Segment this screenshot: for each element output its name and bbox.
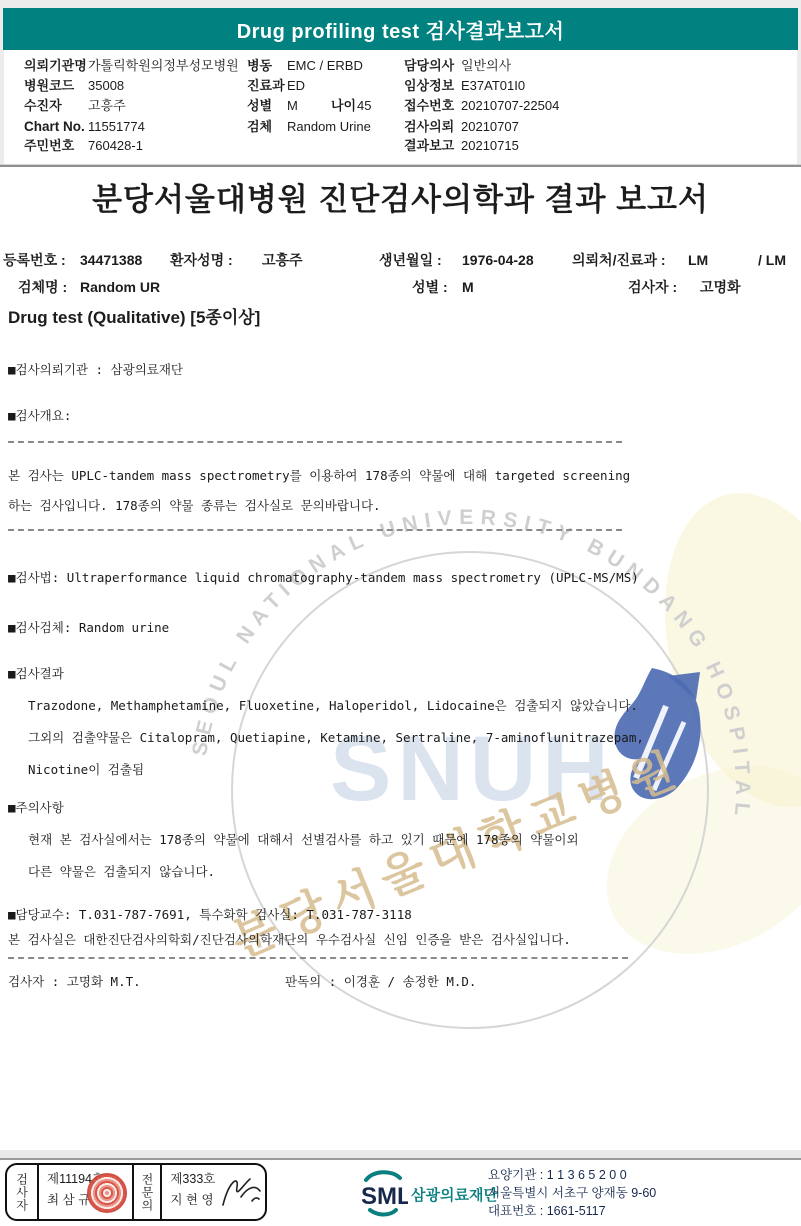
report-banner: Drug profiling test 검사결과보고서 [3,8,798,50]
field-label: 나이 [331,96,356,115]
field-value: 11551774 [88,117,145,136]
drug-profiling-report-page: SEOUL NATIONAL UNIVERSITY BUNDANG HOSPIT… [0,0,801,1226]
field-value: Random Urine [287,117,371,136]
field-value: 가톨릭학원의정부성모병원 [88,56,239,75]
field-value: 20210707 [461,117,519,136]
reader-signoff: 판독의 : 이경훈 / 송정한 M.D. [285,972,476,990]
banner-title: Drug profiling test 검사결과보고서 [237,15,565,44]
field-label: 임상정보 [404,76,454,95]
stamp-role-label: 검사자 [7,1165,39,1219]
field-label: 성별 [247,96,272,115]
field-label: 병동 [247,56,272,75]
result-line: Trazodone, Methamphetamine, Fluoxetine, … [28,696,638,714]
care-institution-number: 요양기관 : 1 1 3 6 5 2 0 0 [488,1166,627,1184]
field-label: 의뢰처/진료과 : [572,250,666,270]
accreditation-line: 본 검사실은 대한진단검사의학회/진단검사의학재단의 우수검사실 신임 인증을 … [8,930,571,948]
field-value: 35008 [88,76,124,95]
field-value: EMC / ERBD [287,56,363,75]
result-heading: ■검사결과 [8,664,64,682]
signature-icon [219,1171,263,1211]
field-value: 34471388 [80,250,142,270]
field-value: 고흥주 [88,96,126,115]
specimen-line: ■검사검체: Random urine [8,618,169,636]
field-label: 의뢰기관명 [24,56,87,75]
field-label: 주민번호 [24,136,74,155]
page-title: 분당서울대병원 진단검사의학과 결과 보고서 [0,174,801,219]
field-label: 진료과 [247,76,285,95]
contact-line: ■담당교수: T.031-787-7691, 특수화학 검사실: T.031-7… [8,905,412,923]
lab-phone: 대표번호 : 1661-5117 [488,1202,606,1220]
field-label: 접수번호 [404,96,454,115]
watermark-yellow-swoosh-2 [574,729,801,992]
result-line: 그외의 검출약물은 Citalopram, Quetiapine, Ketami… [28,728,644,746]
lab-org-name: 삼광의료재단 [411,1184,498,1205]
field-value: M [462,277,474,297]
dashed-divider [8,529,622,531]
field-value: 1976-04-28 [462,250,534,270]
field-label: 담당의사 [404,56,454,75]
section-divider [0,164,801,167]
order-info-row: 의뢰기관명 가톨릭학원의정부성모병원 병동 EMC / ERBD 담당의사 일반… [0,56,801,75]
field-value: E37AT01I0 [461,76,525,95]
overview-line: 본 검사는 UPLC-tandem mass spectrometry를 이용하… [8,466,630,484]
sml-logo-icon: SML [358,1168,408,1218]
order-info-row: 병원코드 35008 진료과 ED 임상정보 E37AT01I0 [0,76,801,95]
field-value: LM [688,250,708,270]
caution-line: 다른 약물은 검출되지 않습니다. [28,862,215,880]
field-label: 결과보고 [404,136,454,155]
field-value: M [287,96,298,115]
svg-text:SEOUL NATIONAL UNIVERSITY BUND: SEOUL NATIONAL UNIVERSITY BUNDANG HOSPIT… [188,506,754,823]
lab-footer: SML 삼광의료재단 요양기관 : 1 1 3 6 5 2 0 0 서울특별시 … [358,1166,788,1218]
watermark-ring-text: SEOUL NATIONAL UNIVERSITY BUNDANG HOSPIT… [188,506,754,823]
sml-logo-text: SML [361,1183,408,1210]
field-label: 환자성명 : [170,250,233,270]
field-label: 검체 [247,117,272,136]
field-value: 20210707-22504 [461,96,559,115]
caution-heading: ■주의사항 [8,798,64,816]
certification-stamp-box: 검사자 제11194호 최 삼 규 전문의 제333호 지 현 영 [5,1163,267,1221]
order-info-row: 수진자 고흥주 성별 M 나이 45 접수번호 20210707-22504 [0,96,801,115]
field-value: 고명화 [700,277,741,297]
overview-line: 하는 검사입니다. 178종의 약물 종류는 검사실로 문의바랍니다. [8,496,381,514]
field-label: 성별 : [412,277,448,297]
field-label: 등록번호 : [3,250,66,270]
field-label: 병원코드 [24,76,74,95]
top-margin-strip [0,0,801,8]
field-label: Chart No. [24,117,85,136]
field-label: 검사자 : [628,277,677,297]
field-value: Random UR [80,277,160,297]
field-value: 45 [357,96,371,115]
tester-stamp-cell: 제11194호 최 삼 규 [39,1165,134,1219]
field-value: / LM [758,250,786,270]
method-line: ■검사법: Ultraperformance liquid chromatogr… [8,568,639,586]
dashed-divider [8,957,628,959]
field-label: 생년월일 : [379,250,442,270]
field-label: 수진자 [24,96,62,115]
patient-info-row: 등록번호 : 34471388 환자성명 : 고흥주 생년월일 : 1976-0… [0,250,801,270]
field-label: 검사의뢰 [404,117,454,136]
footer-separator-strip [0,1150,801,1160]
result-line: Nicotine이 검출됨 [28,760,144,778]
tester-signoff: 검사자 : 고명화 M.T. [8,972,141,990]
overview-heading: ■검사개요: [8,406,71,424]
lab-address: 서울특별시 서초구 양재동 9-60 [488,1184,656,1202]
order-info-row: Chart No. 11551774 검체 Random Urine 검사의뢰 … [0,117,801,136]
specialist-stamp-cell: 제333호 지 현 영 [162,1165,265,1219]
field-value: 고흥주 [262,250,303,270]
field-value: 760428-1 [88,136,143,155]
field-value: ED [287,76,305,95]
caution-line: 현재 본 검사실에서는 178종의 약물에 대해서 선별검사를 하고 있기 때문… [28,830,579,848]
stamp-role-label: 전문의 [134,1165,162,1219]
watermark-yellow-swoosh [634,472,801,828]
field-value: 일반의사 [461,56,511,75]
field-value: 20210715 [461,136,519,155]
dashed-divider [8,441,622,443]
request-org-line: ■검사의뢰기관 : 삼광의료재단 [8,360,183,378]
order-info-row: 주민번호 760428-1 결과보고 20210715 [0,136,801,155]
test-name-heading: Drug test (Qualitative) [5종이상] [8,303,260,328]
patient-info-row: 검체명 : Random UR 성별 : M 검사자 : 고명화 [0,277,801,297]
field-label: 검체명 : [18,277,67,297]
